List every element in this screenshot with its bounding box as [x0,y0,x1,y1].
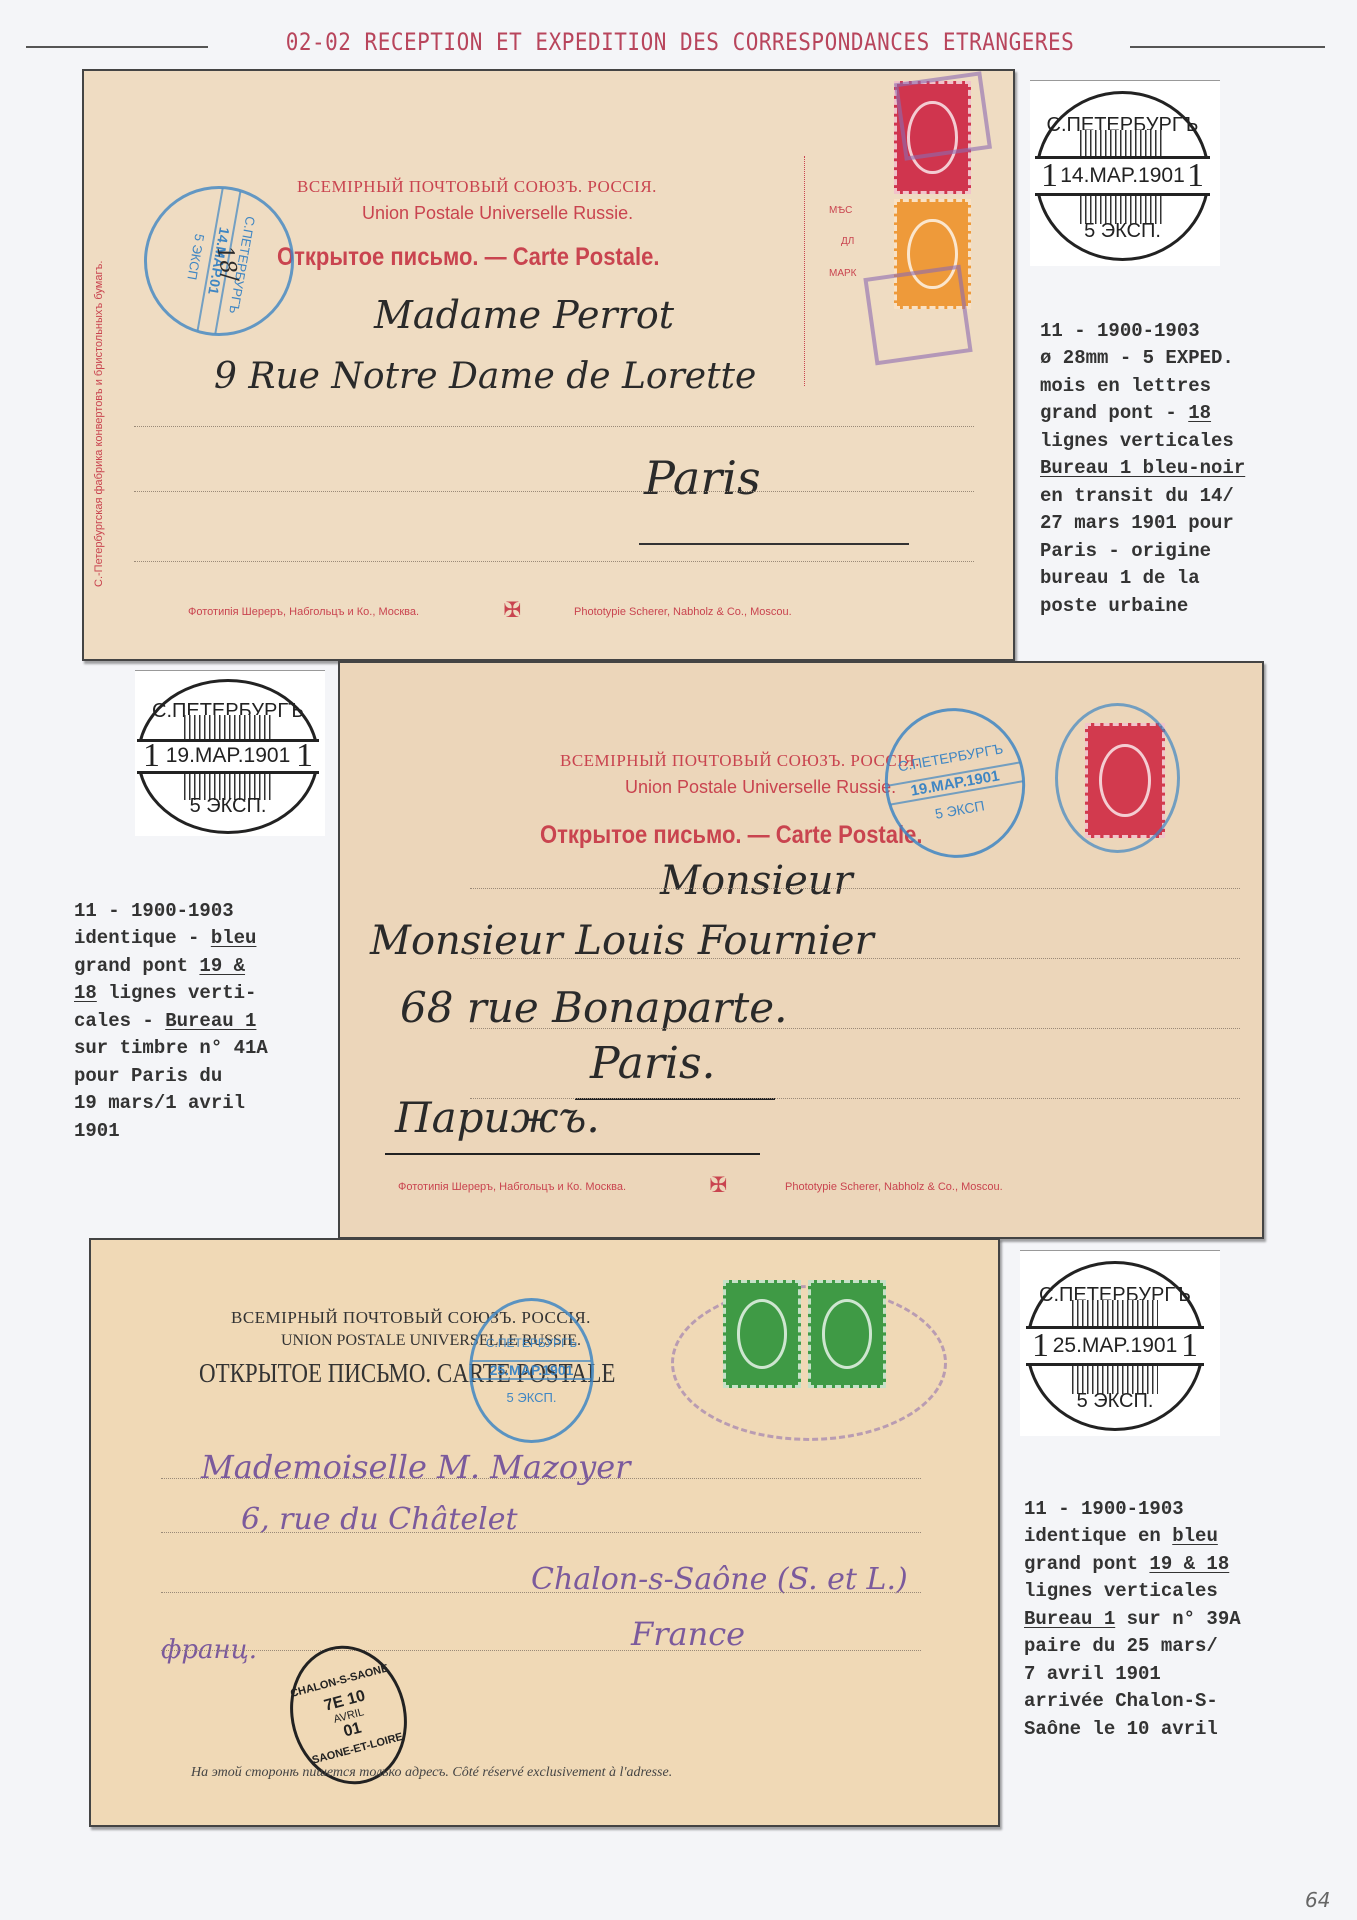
note-underlined: 19 & [199,955,245,977]
address-underline [639,543,909,545]
card3-footer: На этой сторонѣ пишется только адресъ. C… [191,1765,672,1781]
note-line: 11 - 1900-1903 [74,900,234,922]
diagram-office: 5 ЭКСП. [140,795,316,818]
card2-header-fr: Union Postale Universelle Russie. [625,777,896,798]
note-underlined: Bureau 1 bleu-noir [1040,457,1245,479]
card3-postmark-blue: С.ПЕТЕРБУРГЪ 25.MAP.1901 5 ЭКСП. [469,1298,594,1443]
postmark-diagram-circle: С.ПЕТЕРБУРГЪ 1 25.MAP.1901 1 5 ЭКСП. [1026,1261,1204,1431]
violet-box-cancel [863,265,972,366]
postmark-diagram-3: С.ПЕТЕРБУРГЪ 1 25.MAP.1901 1 5 ЭКСП. [1020,1250,1220,1436]
diagram-date: 19.MAP.1901 [166,744,291,768]
diagram-office: 5 ЭКСП. [1029,1390,1201,1413]
card2-footer-ru: Фототипія Шереръ, Набгольцъ и Ко. Москва… [398,1181,626,1193]
postmark-diagram-1: С.ПЕТЕРБУРГЪ 1 14.MAP.1901 1 5 ЭКСП. [1030,80,1220,266]
diagram-hatch-top [1072,1300,1158,1328]
stamp-2-kopeck [723,1280,801,1388]
card2-type-line: Открытое письмо. — Carte Postale. [540,821,922,850]
diagram-hatch-top [184,715,272,740]
postmark-office: 5 ЭКСП. [507,1390,557,1405]
card1-address-line: Madame Perrot [374,293,674,337]
note-line: ø 28mm - 5 EXPED. [1040,347,1234,369]
note-line: grand pont - 18 [1040,402,1211,424]
card2-address-line: Monsieur [660,858,853,904]
note-underlined: 18 [74,982,97,1004]
diagram-date: 14.MAP.1901 [1060,164,1185,188]
address-line-guide [470,958,1240,959]
note-line: 7 avril 1901 [1024,1663,1161,1685]
diagram-date-band: 1 25.MAP.1901 1 [1026,1326,1204,1365]
diagram-date: 25.MAP.1901 [1053,1334,1178,1358]
card1-header-ru: ВСЕМІРНЫЙ ПОЧТОВЫЙ СОЮЗЪ. РОССІЯ. [297,177,657,197]
diagram-right-number: 1 [296,737,313,775]
page-number: 64 [1305,1888,1330,1912]
address-underline [385,1153,760,1155]
note-line: identique en bleu [1024,1525,1218,1547]
note-underlined: 19 & 18 [1149,1553,1229,1575]
card2-postmark-blue-on-stamp [1055,703,1180,853]
eagle-emblem-icon: ✠ [710,1166,727,1201]
description-note-3: 11 - 1900-1903 identique en bleu grand p… [1024,1468,1241,1743]
eagle-emblem-icon: ✠ [504,591,521,626]
postmark-diagram-circle: С.ПЕТЕРБУРГЪ 1 14.MAP.1901 1 5 ЭКСП. [1035,91,1210,261]
stamp-box-label: МѢС [829,205,852,216]
note-line: Saône le 10 avril [1024,1718,1218,1740]
stamp-box-label: МАРК [829,268,857,279]
diagram-left-number: 1 [143,737,160,775]
address-line-guide [134,426,974,427]
description-note-1: 11 - 1900-1903 ø 28mm - 5 EXPED. mois en… [1040,290,1245,620]
address-line-guide [161,1650,921,1651]
address-line-guide [470,1098,1240,1099]
violet-box-cancel [894,71,992,160]
note-line: Paris - origine [1040,540,1211,562]
note-underlined: 18 [1188,402,1211,424]
card1-footer-ru: Фототипія Шереръ, Набгольцъ и Ко., Москв… [188,606,419,618]
diagram-office: 5 ЭКСП. [1038,220,1207,243]
note-underlined: bleu [1172,1525,1218,1547]
card2-footer-fr: Phototypie Scherer, Nabholz & Co., Mosco… [785,1181,1003,1193]
address-line-guide [470,1028,1240,1029]
diagram-left-number: 1 [1041,157,1058,195]
note-line: 1901 [74,1120,120,1142]
diagram-left-number: 1 [1032,1327,1049,1365]
note-underlined: bleu [211,927,257,949]
card1-type-line: Открытое письмо. — Carte Postale. [277,243,659,272]
note-line: grand pont 19 & [74,955,245,977]
stamp-2-kopeck [808,1280,886,1388]
address-line-guide [161,1478,921,1479]
postcard-2: ВСЕМІРНЫЙ ПОЧТОВЫЙ СОЮЗЪ. РОССІЯ. Union … [338,661,1264,1239]
card3-address-line: Mademoiselle M. Mazoyer [201,1448,630,1486]
description-note-2: 11 - 1900-1903 identique - bleu grand po… [74,870,268,1145]
address-line-guide [161,1592,921,1593]
postmark-diagram-2: С.ПЕТЕРБУРГЪ 1 19.MAP.1901 1 5 ЭКСП. [135,670,325,836]
diagram-right-number: 1 [1181,1327,1198,1365]
note-line: grand pont 19 & 18 [1024,1553,1229,1575]
note-line: sur timbre n° 41A [74,1037,268,1059]
note-underlined: Bureau 1 [165,1010,256,1032]
diagram-date-band: 1 14.MAP.1901 1 [1035,156,1210,195]
diagram-hatch-top [1080,130,1165,158]
note-line: 11 - 1900-1903 [1024,1498,1184,1520]
note-line: cales - Bureau 1 [74,1010,256,1032]
card1-side-text: С.-Петербургская фабрика конвертовъ и бр… [93,167,105,587]
page-title: 02-02 RECEPTION ET EXPEDITION DES CORRES… [230,28,1130,56]
note-line: 18 lignes verti- [74,982,256,1004]
card3-address-line: France [631,1615,745,1653]
postmark-office: 5 ЭКСП [934,797,986,821]
arrival-postmark-line3: 01 [342,1719,364,1741]
note-line: poste urbaine [1040,595,1188,617]
postmark-city: С.ПЕТЕРБУРГЪ [486,1336,577,1350]
address-line-guide [470,888,1240,889]
note-line: Bureau 1 sur n° 39A [1024,1608,1241,1630]
card2-address-line: 68 rue Bonaparte. [400,983,787,1032]
address-line-guide [134,561,974,562]
header-rule-right [1130,46,1325,48]
note-underlined: Bureau 1 [1024,1608,1115,1630]
card1-address-line: Paris [644,451,761,505]
diagram-date-band: 1 19.MAP.1901 1 [137,739,319,775]
note-line: identique - bleu [74,927,256,949]
note-line: en transit du 14/ [1040,485,1234,507]
note-line: 27 mars 1901 pour [1040,512,1234,534]
note-line: lignes verticales [1040,430,1234,452]
note-line: paire du 25 mars/ [1024,1635,1218,1657]
note-line: mois en lettres [1040,375,1211,397]
card1-address-line: 9 Rue Notre Dame de Lorette [214,356,756,397]
card2-address-line: Парижъ. [395,1093,600,1142]
note-line: pour Paris du [74,1065,222,1087]
stamp-box-border [804,156,806,386]
card2-header-ru: ВСЕМІРНЫЙ ПОЧТОВЫЙ СОЮЗЪ. РОССІЯ. [560,751,920,771]
postcard-1: С.-Петербургская фабрика конвертовъ и бр… [82,69,1015,661]
card1-header-fr: Union Postale Universelle Russie. [362,203,633,224]
note-line: 11 - 1900-1903 [1040,320,1200,342]
note-line: lignes verticales [1024,1580,1218,1602]
card1-footer-fr: Phototypie Scherer, Nabholz & Co., Mosco… [574,606,792,618]
postmark-diagram-circle: С.ПЕТЕРБУРГЪ 1 19.MAP.1901 1 5 ЭКСП. [137,679,319,834]
postmark-date: 25.MAP.1901 [472,1360,591,1380]
note-line: arrivée Chalon-S- [1024,1690,1218,1712]
stamp-box-label: ДЛ [841,236,854,247]
address-line-guide [161,1532,921,1533]
postcard-3: ВСЕМІРНЫЙ ПОЧТОВЫЙ СОЮЗЪ. РОССІЯ. UNION … [89,1238,1000,1827]
note-line: 19 mars/1 avril [74,1092,245,1114]
header-rule-left [26,46,208,48]
card2-address-line: Paris. [590,1038,716,1089]
postmark-office: 5 ЭКСП [184,233,207,281]
note-line: bureau 1 de la [1040,567,1200,589]
address-line-guide [134,491,974,492]
diagram-right-number: 1 [1187,157,1204,195]
